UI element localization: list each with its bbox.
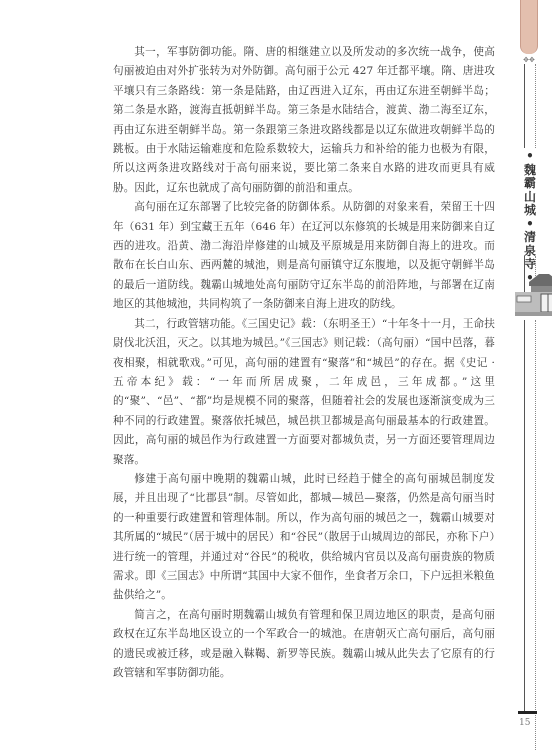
bookmark-tab (520, 0, 538, 54)
paragraph-military-defense: 其一，军事防御功能。隋、唐的相继建立以及所发动的多次统一战争，使高句丽被迫由对外… (113, 43, 495, 198)
paragraph-administration: 其二，行政管辖功能。《三国史记》载：（东明圣王）“十年冬十一月，王命扶尉伐北沃沮… (113, 315, 495, 470)
paragraph-defense-system: 高句丽在辽东部署了比较完备的防御体系。从防御的对象来看，荣留王十四年（631 年… (113, 198, 495, 314)
side-rule-dotted-3 (535, 320, 536, 750)
article-body: 其一，军事防御功能。隋、唐的相继建立以及所发动的多次统一战争，使高句丽被迫由对外… (113, 43, 495, 683)
paragraph-summary: 简言之，在高句丽时期魏霸山城负有管理和保卫周边地区的职责，是高句丽政权在辽东半岛… (113, 606, 495, 684)
side-rule-solid-3 (524, 320, 525, 712)
paragraph-city-system: 修建于高句丽中晚期的魏霸山城，此时已经趋于健全的高句丽城邑制度发展，并且出现了“… (113, 470, 495, 606)
knot-ornament-icon: ✥✥ (520, 56, 538, 64)
temple-building-icon (515, 270, 552, 316)
side-rule-solid (524, 64, 525, 148)
side-rule-dotted (535, 64, 536, 148)
page-number: 15 (519, 718, 530, 728)
page-side-ornament: ✥✥ • 魏 霸 山 城 • 清 泉 寺 • 15 (505, 0, 552, 750)
footer-rule (518, 711, 537, 714)
